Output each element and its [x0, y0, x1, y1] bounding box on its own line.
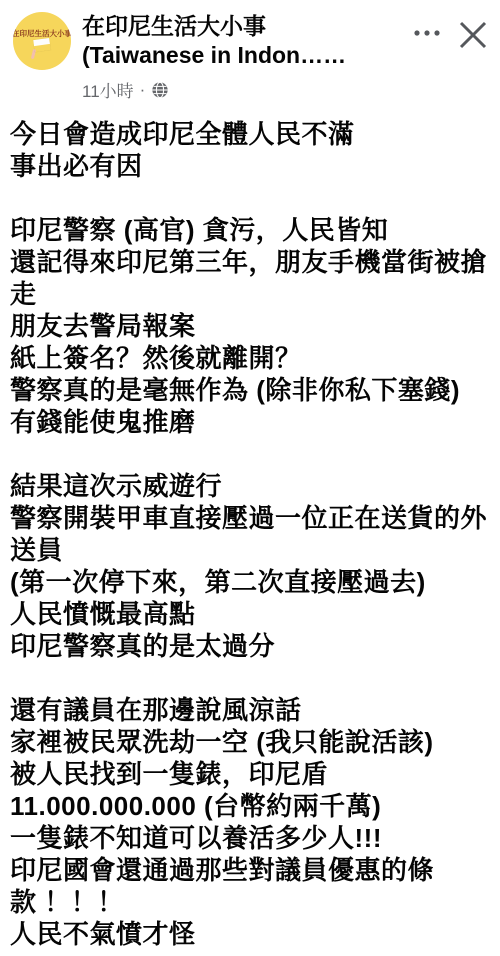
meta-separator: ·: [140, 80, 146, 100]
post-text-line: 還記得來印尼第三年，朋友手機當街被搶: [10, 246, 490, 278]
indonesia-flag-icon: [33, 38, 51, 52]
post-meta: 11小時 ·: [82, 77, 404, 102]
post-text-line: 有錢能使鬼推磨: [10, 406, 490, 438]
post-text-line: 人民不氣憤才怪: [10, 918, 490, 950]
ellipsis-icon: [412, 28, 442, 38]
header-text-block: 在印尼生活大小事 (Taiwanese in Indon…… 11小時 ·: [82, 12, 404, 102]
post-text-line: 一隻錶不知道可以養活多少人!!!: [10, 822, 490, 854]
post-text-line: 今日會造成印尼全體人民不滿: [10, 118, 490, 150]
page-title-line2: (Taiwanese in Indon……: [82, 41, 404, 70]
close-icon: [458, 20, 488, 50]
post-header: 在印尼生活大小事 在印尼生活大小事 (Taiwanese in Indon…… …: [0, 0, 500, 102]
post-text-line: 送員: [10, 534, 490, 566]
post-text-line: 朋友去警局報案: [10, 310, 490, 342]
globe-icon: [151, 81, 169, 99]
page-title[interactable]: 在印尼生活大小事 (Taiwanese in Indon……: [82, 12, 404, 70]
post-text-line: 11.000.000.000 (台幣約兩千萬): [10, 790, 490, 822]
timestamp[interactable]: 11小時: [82, 77, 134, 102]
post-text-line: 警察開裝甲車直接壓過一位正在送貨的外: [10, 502, 490, 534]
post-text-line: 款 ！！！: [10, 886, 490, 918]
avatar-text: 在印尼生活大小事: [13, 28, 71, 39]
post-text-line: 印尼警察 (高官) 貪污，人民皆知: [10, 214, 490, 246]
post-text-line: 人民憤慨最高點: [10, 598, 490, 630]
post-text-line: 事出必有因: [10, 150, 490, 182]
post-text-line: 警察真的是毫無作為 (除非你私下塞錢): [10, 374, 490, 406]
post-text-line: (第一次停下來，第二次直接壓過去): [10, 566, 490, 598]
more-options-button[interactable]: [410, 16, 444, 50]
post-text-line: 結果這次示威遊行: [10, 470, 490, 502]
header-actions: [410, 12, 490, 52]
post-text-line: 家裡被民眾洗劫一空 (我只能說活該): [10, 726, 490, 758]
post-text-line: 還有議員在那邊說風涼話: [10, 694, 490, 726]
page-title-line1: 在印尼生活大小事: [82, 12, 404, 41]
post-text-line: 走: [10, 278, 490, 310]
post-text-line: [10, 662, 490, 694]
post-text: 今日會造成印尼全體人民不滿事出必有因印尼警察 (高官) 貪污，人民皆知還記得來印…: [0, 102, 500, 950]
post-text-line: 被人民找到一隻錶，印尼盾: [10, 758, 490, 790]
close-button[interactable]: [456, 18, 490, 52]
post-text-line: 印尼警察真的是太過分: [10, 630, 490, 662]
page-avatar[interactable]: 在印尼生活大小事: [13, 12, 71, 70]
post-text-line: 紙上簽名？然後就離開？: [10, 342, 490, 374]
post-text-line: 印尼國會還通過那些對議員優惠的條: [10, 854, 490, 886]
post-text-line: [10, 182, 490, 214]
post-text-line: [10, 438, 490, 470]
